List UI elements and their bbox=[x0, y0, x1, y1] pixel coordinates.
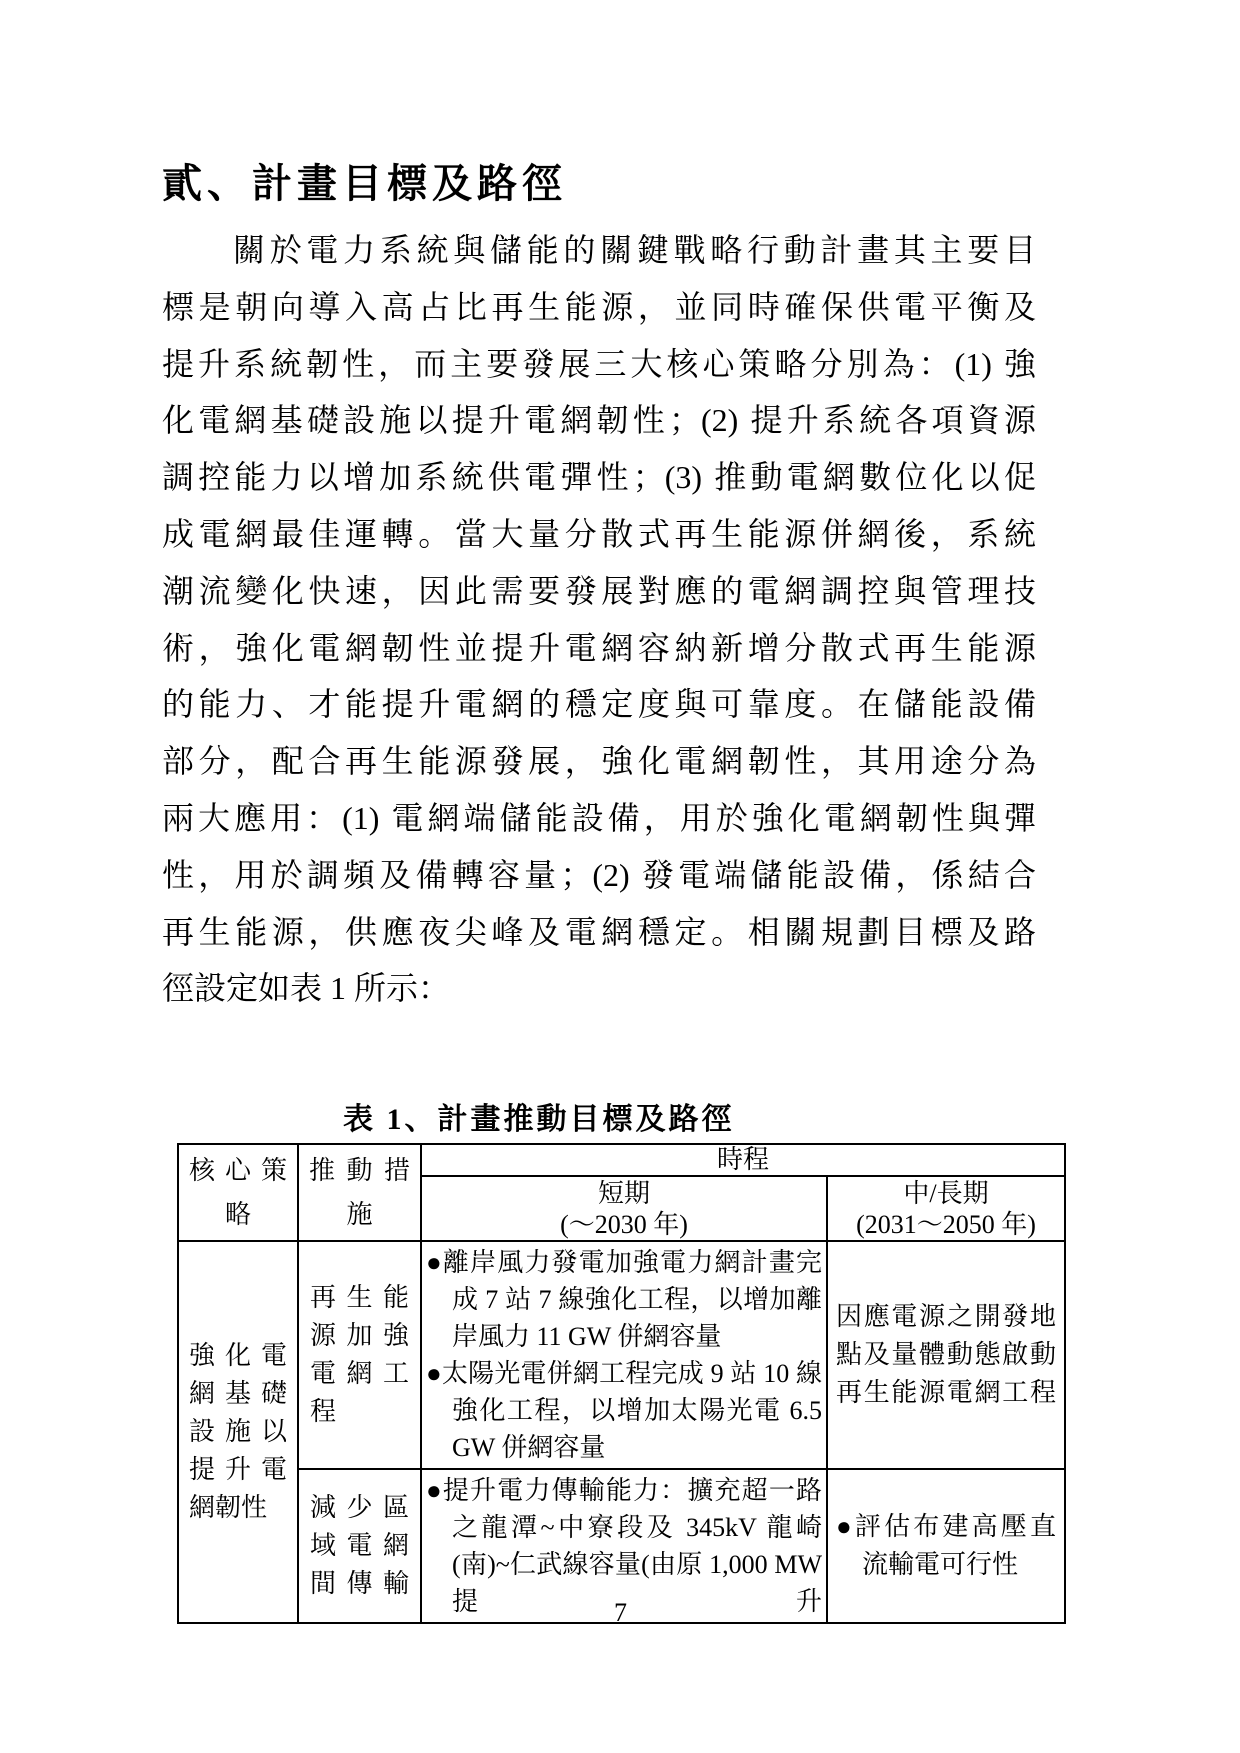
paragraph-line: 提升系統韌性，而主要發展三大核心策略分別為：(1) 強 bbox=[162, 336, 1036, 393]
paragraph-line: 兩大應用：(1) 電網端儲能設備，用於強化電網韌性與彈 bbox=[162, 790, 1036, 847]
paragraph-line: 性，用於調頻及備轉容量；(2) 發電端儲能設備，係結合 bbox=[162, 847, 1036, 904]
header-timeline: 時程 bbox=[421, 1144, 1065, 1176]
paragraph-line: 標是朝向導入高占比再生能源，並同時確保供電平衡及 bbox=[162, 279, 1036, 336]
bullet-icon: ● bbox=[426, 1476, 443, 1505]
paragraph-line: 徑設定如表 1 所示： bbox=[162, 960, 1036, 1017]
page-number: 7 bbox=[177, 1598, 1064, 1628]
mid-long-term-text: 因應電源之開發地點及量體動態啟動再生能源電網工程 bbox=[836, 1298, 1056, 1412]
bullet-item-text: 太陽光電併網工程完成 9 站 10 線強化工程，以增加太陽光電 6.5 GW 併… bbox=[442, 1359, 822, 1462]
paragraph-line: 潮流變化快速，因此需要發展對應的電網調控與管理技 bbox=[162, 563, 1036, 620]
bullet-item: ●離岸風力發電加強電力網計畫完成 7 站 7 線強化工程，以增加離岸風力 11 … bbox=[426, 1244, 822, 1355]
paragraph-line: 的能力、才能提升電網的穩定度與可靠度。在儲能設備 bbox=[162, 676, 1036, 733]
document-page: 貳、計畫目標及路徑 關於電力系統與儲能的關鍵戰略行動計畫其主要目 標是朝向導入高… bbox=[0, 0, 1240, 1753]
bullet-icon: ● bbox=[426, 1359, 442, 1388]
paragraph-line: 關於電力系統與儲能的關鍵戰略行動計畫其主要目 bbox=[162, 222, 1036, 279]
paragraph-line: 成電網最佳運轉。當大量分散式再生能源併網後，系統 bbox=[162, 506, 1036, 563]
table-row: 強化電網基礎設施以提升電網韌性 再生能源加強電網工程 ●離岸風力發電加強電力網計… bbox=[178, 1241, 1065, 1469]
bullet-item-text: 提升電力傳輸能力：擴充超一路之龍潭~中寮段及 345kV 龍崎(南)~仁武線容量… bbox=[443, 1476, 822, 1616]
header-mid-long-term: 中/長期 (2031～2050 年) bbox=[827, 1176, 1065, 1241]
short-term-label: 短期 bbox=[422, 1178, 826, 1209]
cell-measure-renewable-grid: 再生能源加強電網工程 bbox=[298, 1241, 421, 1469]
paragraph-line: 術，強化電網韌性並提升電網容納新增分散式再生能源 bbox=[162, 620, 1036, 677]
paragraph-line: 化電網基礎設施以提升電網韌性；(2) 提升系統各項資源 bbox=[162, 392, 1036, 449]
header-core-strategy: 核心策略 bbox=[178, 1144, 298, 1241]
short-term-period: (～2030 年) bbox=[422, 1209, 826, 1240]
cell-core-strategy: 強化電網基礎設施以提升電網韌性 bbox=[178, 1241, 298, 1623]
mid-long-term-period: (2031～2050 年) bbox=[828, 1209, 1064, 1240]
mid-long-term-label: 中/長期 bbox=[828, 1178, 1064, 1209]
bullet-item: ●太陽光電併網工程完成 9 站 10 線強化工程，以增加太陽光電 6.5 GW … bbox=[426, 1355, 822, 1466]
bullet-item-text: 離岸風力發電加強電力網計畫完成 7 站 7 線強化工程，以增加離岸風力 11 G… bbox=[443, 1248, 822, 1351]
table-title: 表 1、計畫推動目標及路徑 bbox=[343, 1094, 735, 1138]
bullet-icon: ● bbox=[836, 1512, 855, 1541]
paragraph-line: 再生能源，供應夜尖峰及電網穩定。相關規劃目標及路 bbox=[162, 904, 1036, 961]
bullet-icon: ● bbox=[426, 1248, 443, 1277]
paragraph-line: 部分，配合再生能源發展，強化電網韌性，其用途分為 bbox=[162, 733, 1036, 790]
bullet-item-text: 評估布建高壓直流輸電可行性 bbox=[855, 1512, 1056, 1579]
paragraph-line: 調控能力以增加系統供電彈性；(3) 推動電網數位化以促 bbox=[162, 449, 1036, 506]
body-paragraph: 關於電力系統與儲能的關鍵戰略行動計畫其主要目 標是朝向導入高占比再生能源，並同時… bbox=[162, 222, 1036, 1017]
cell-short-term-row1: ●離岸風力發電加強電力網計畫完成 7 站 7 線強化工程，以增加離岸風力 11 … bbox=[421, 1241, 827, 1469]
plan-table: 核心策略 推動措施 時程 短期 (～2030 年) 中/長期 (2031～205… bbox=[177, 1143, 1066, 1624]
section-heading: 貳、計畫目標及路徑 bbox=[162, 152, 567, 209]
cell-mid-long-term-row1: 因應電源之開發地點及量體動態啟動再生能源電網工程 bbox=[827, 1241, 1065, 1469]
table-header-row: 核心策略 推動措施 時程 bbox=[178, 1144, 1065, 1176]
header-short-term: 短期 (～2030 年) bbox=[421, 1176, 827, 1241]
bullet-item: ●評估布建高壓直流輸電可行性 bbox=[836, 1508, 1056, 1584]
header-measure: 推動措施 bbox=[298, 1144, 421, 1241]
